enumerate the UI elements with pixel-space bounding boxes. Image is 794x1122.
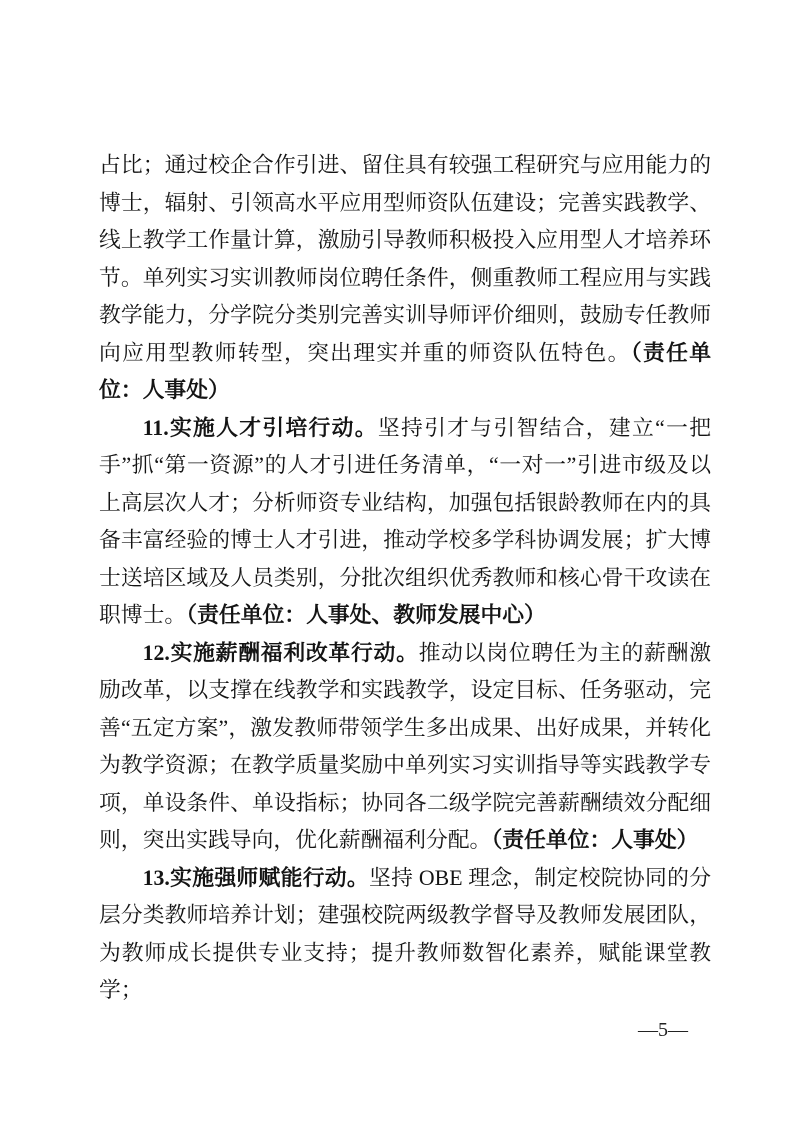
paragraph-item-12: 12.实施薪酬福利改革行动。推动以岗位聘任为主的薪酬激励改革，以支撑在线教学和实… bbox=[99, 635, 711, 860]
responsibility-unit: （责任单位：人事处） bbox=[491, 828, 698, 852]
paragraph-head: 13.实施强师赋能行动。 bbox=[143, 866, 369, 890]
paragraph-body: 占比；通过校企合作引进、留住具有较强工程研究与应用能力的博士，辐射、引领高水平应… bbox=[99, 153, 711, 365]
page-number: —5— bbox=[638, 1018, 688, 1042]
paragraph-item-11: 11.实施人才引培行动。坚持引才与引智结合，建立“一把手”抓“第一资源”的人才引… bbox=[99, 410, 711, 635]
paragraph-body: 坚持引才与引智结合，建立“一把手”抓“第一资源”的人才引进任务清单，“一对一”引… bbox=[99, 416, 711, 628]
paragraph-head: 12.实施薪酬福利改革行动。 bbox=[143, 641, 419, 665]
paragraph-continuation: 占比；通过校企合作引进、留住具有较强工程研究与应用能力的博士，辐射、引领高水平应… bbox=[99, 147, 711, 410]
document-page: 占比；通过校企合作引进、留住具有较强工程研究与应用能力的博士，辐射、引领高水平应… bbox=[0, 0, 794, 1122]
paragraph-body: 推动以岗位聘任为主的薪酬激励改革，以支撑在线教学和实践教学，设定目标、任务驱动，… bbox=[99, 641, 711, 853]
paragraph-item-13: 13.实施强师赋能行动。坚持 OBE 理念，制定校院协同的分层分类教师培养计划；… bbox=[99, 860, 711, 1010]
document-body: 占比；通过校企合作引进、留住具有较强工程研究与应用能力的博士，辐射、引领高水平应… bbox=[99, 147, 711, 1010]
responsibility-unit: （责任单位：人事处、教师发展中心） bbox=[186, 603, 546, 627]
paragraph-head: 11.实施人才引培行动。 bbox=[143, 416, 378, 440]
